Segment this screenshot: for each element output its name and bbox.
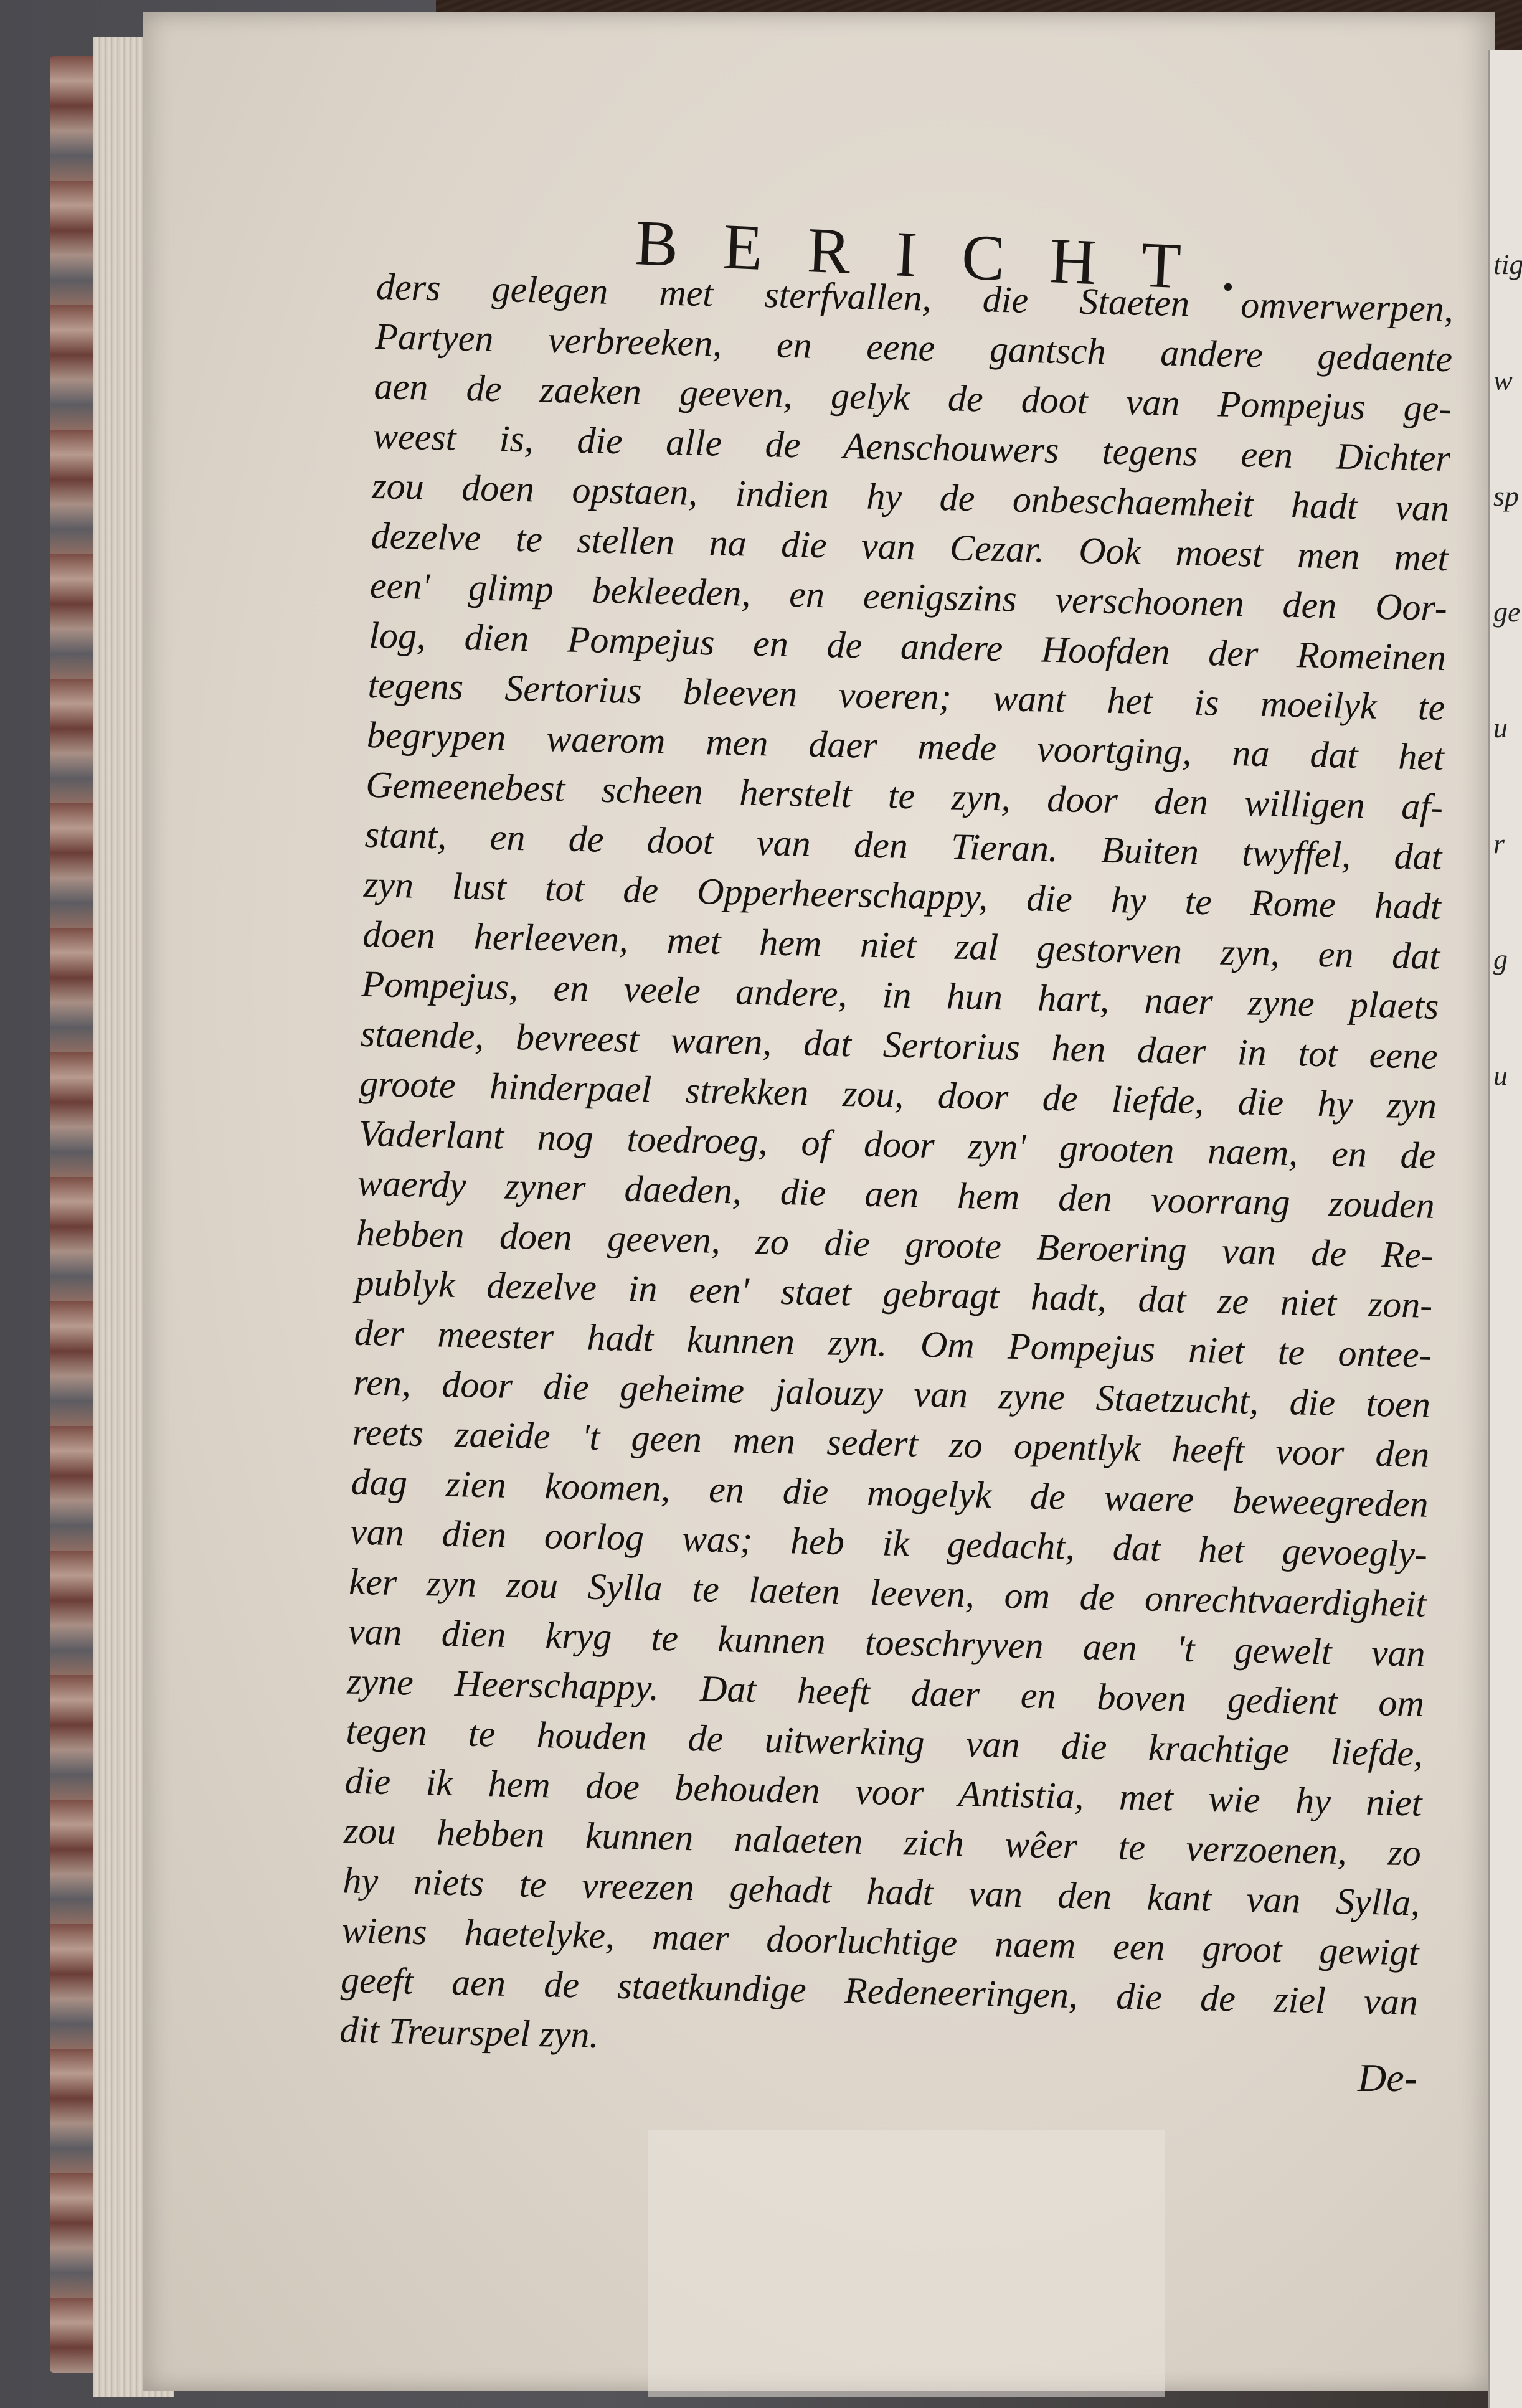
facing-page-edge: tig w sp ge u r g u — [1488, 50, 1522, 2408]
facing-page-fragment: u — [1493, 709, 1522, 747]
facing-page-fragment: ge — [1493, 593, 1522, 631]
paper-repair-patch — [648, 2130, 1165, 2397]
facing-page-text: tig w sp ge u r g u — [1493, 168, 1522, 1172]
facing-page-fragment: tig — [1493, 245, 1522, 284]
facing-page-fragment: sp — [1493, 477, 1522, 516]
facing-page-fragment: r — [1493, 824, 1522, 863]
catchword: De- — [1358, 2055, 1417, 2101]
page-body-text: ders gelegen met sterfvallen, die Staete… — [339, 262, 1454, 2077]
facing-page-fragment: u — [1493, 1056, 1522, 1095]
facing-page-fragment: g — [1493, 940, 1522, 979]
facing-page-fragment: w — [1493, 361, 1522, 400]
